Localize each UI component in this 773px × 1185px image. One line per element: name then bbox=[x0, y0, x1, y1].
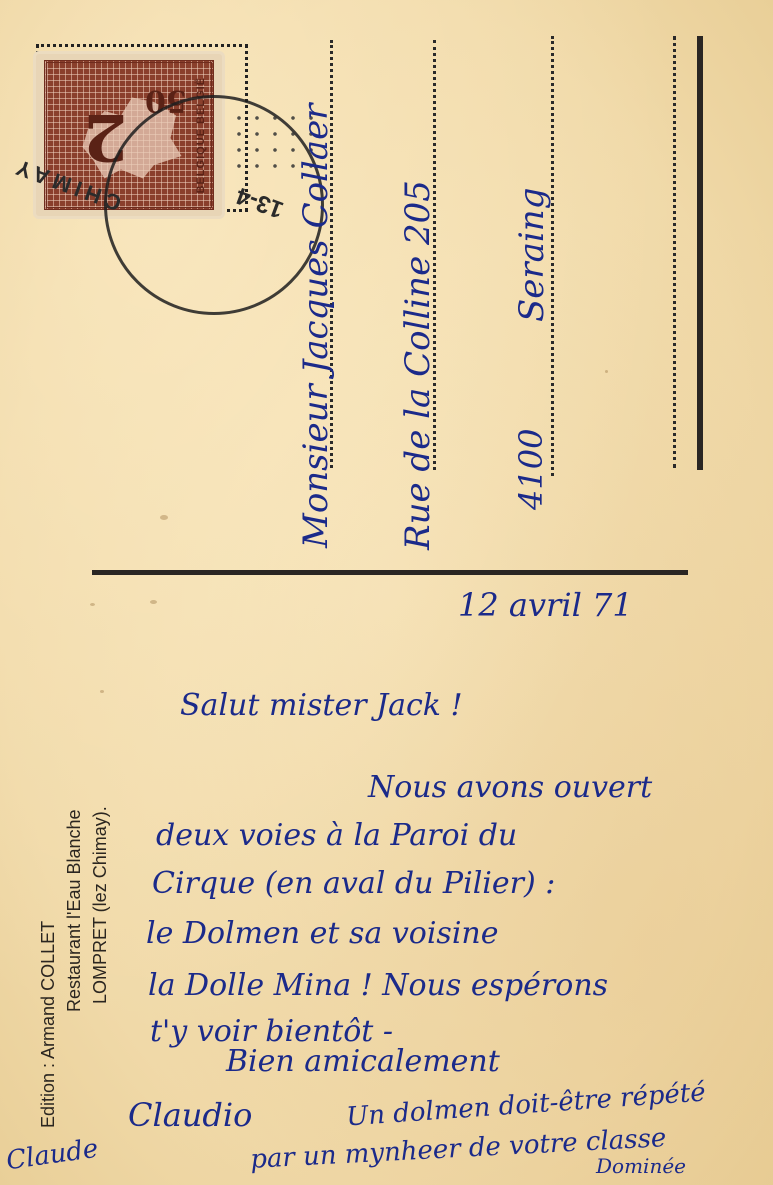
message-line: Nous avons ouvert bbox=[368, 770, 652, 805]
address-line-4-guide bbox=[673, 36, 676, 468]
postcard-back: 2 50 BELGIQUE BELGIË CHIMAY 13-4 Monsieu… bbox=[0, 0, 773, 1185]
message-signature: Claudio bbox=[128, 1096, 252, 1134]
paper-blemish bbox=[150, 600, 157, 604]
publisher-line-3: LOMPRET (lez Chimay). bbox=[90, 806, 111, 1004]
message-line: Cirque (en aval du Pilier) : bbox=[152, 866, 555, 901]
address-street: Rue de la Colline 205 bbox=[398, 180, 438, 550]
message-line: la Dolle Mina ! Nous espérons bbox=[148, 968, 608, 1003]
paper-blemish bbox=[90, 603, 95, 606]
message-date: 12 avril 71 bbox=[458, 586, 633, 624]
postscript-signature: Dominée bbox=[596, 1154, 686, 1178]
message-greeting: Salut mister Jack ! bbox=[180, 688, 463, 723]
paper-blemish bbox=[605, 370, 608, 373]
message-line: deux voies à la Paroi du bbox=[156, 818, 517, 853]
message-closing: Bien amicalement bbox=[226, 1044, 500, 1079]
publisher-line-2: Restaurant l'Eau Blanche bbox=[64, 809, 85, 1012]
message-line: le Dolmen et sa voisine bbox=[146, 916, 499, 951]
address-recipient: Monsieur Jacques Collaer bbox=[296, 104, 336, 548]
paper-blemish bbox=[100, 690, 104, 693]
address-city: Seraing bbox=[512, 188, 552, 322]
divider-line bbox=[92, 570, 688, 575]
paper-blemish bbox=[160, 515, 168, 520]
publisher-line-1: Edition : Armand COLLET bbox=[38, 921, 59, 1128]
address-country-bar bbox=[697, 36, 703, 470]
address-postcode: 4100 bbox=[512, 429, 550, 510]
corner-signature: Claude bbox=[4, 1134, 100, 1177]
